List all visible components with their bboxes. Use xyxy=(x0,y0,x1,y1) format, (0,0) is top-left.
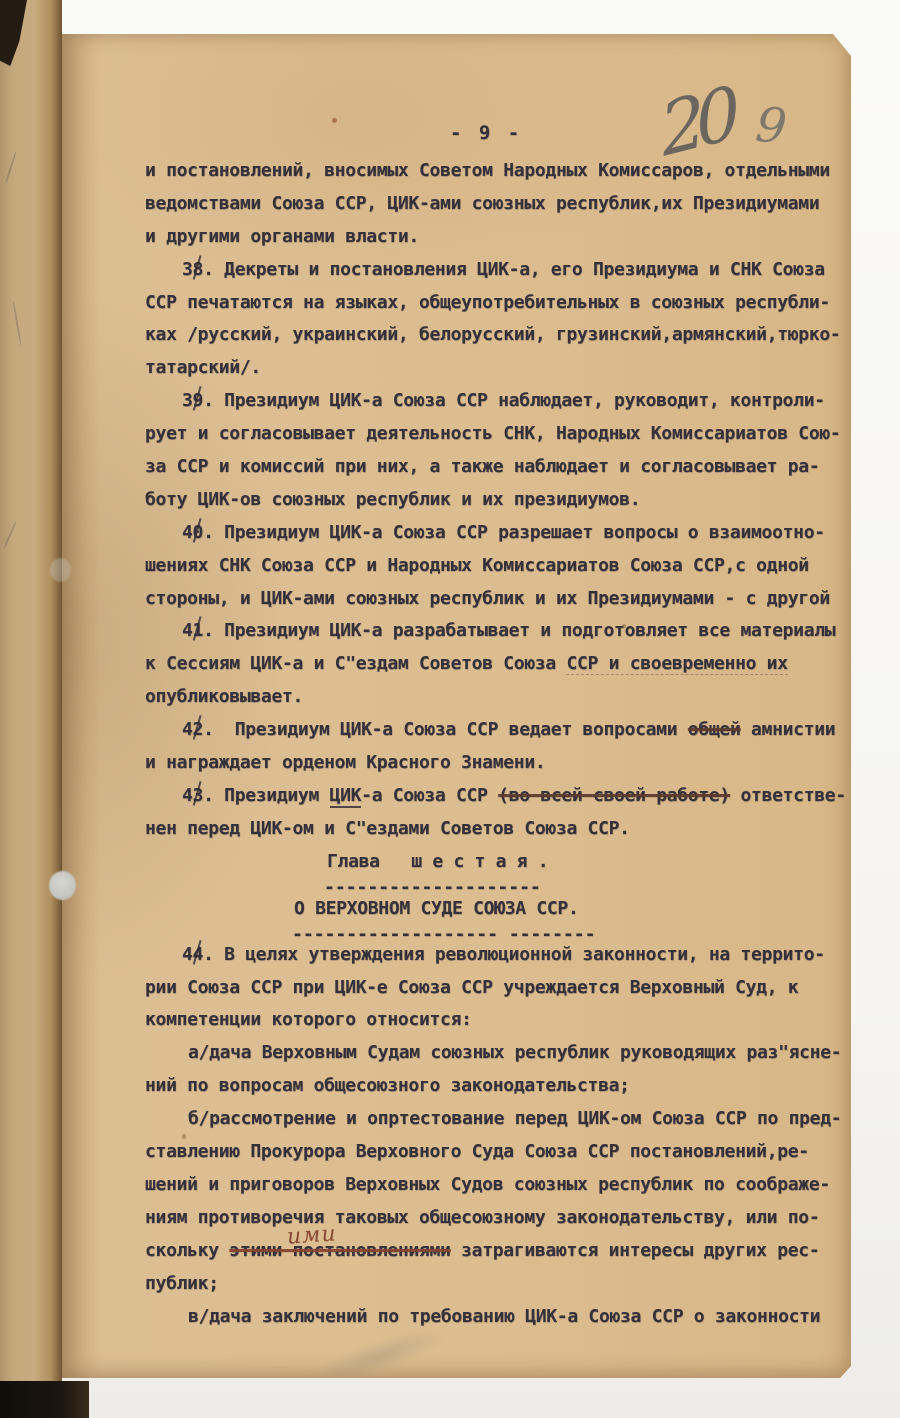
document-line: опубликовывает. xyxy=(62,686,851,719)
paper-speck xyxy=(332,118,337,123)
num-segment: 38. xyxy=(182,259,214,280)
document-line: 40. Президиум ЦИК-а Союза ССР разрешает … xyxy=(62,522,851,555)
ink-bleed-mark xyxy=(3,521,17,549)
text-segment: и награждает орденом Красного Знамени. xyxy=(145,752,545,773)
num-segment: 40. xyxy=(182,522,214,543)
document-line: скольку этими постановлениямиими затраги… xyxy=(62,1240,851,1273)
text-segment: О ВЕРХОВНОМ СУДЕ СОЮЗА ССР. xyxy=(294,898,579,919)
document-line: ниям противоречия таковых общесоюзному з… xyxy=(62,1207,851,1240)
text-segment: ответстве- xyxy=(730,785,846,806)
text-segment: в/дача заключений по требованию ЦИК-а Со… xyxy=(188,1306,820,1327)
text-segment: ниям противоречия таковых общесоюзному з… xyxy=(145,1207,819,1228)
text-segment: за ССР и комиссий при них, а также наблю… xyxy=(145,456,819,477)
text-segment: Президиум ЦИК-а разрабатывает и подготов… xyxy=(214,620,836,641)
handwritten-pencil-number-large: 20 xyxy=(657,71,735,173)
document-line: рует и согласовывает деятельность СНК, Н… xyxy=(62,423,851,456)
document-line: нен перед ЦИК-ом и С"ездами Советов Союз… xyxy=(62,818,851,851)
num-segment: 41. xyxy=(182,620,214,641)
document-line: ний по вопросам общесоюзного законодател… xyxy=(62,1075,851,1108)
document-line: ках /русский, украинский, белорусский, г… xyxy=(62,324,851,357)
document-line: шений и приговоров Верховных Судов союзн… xyxy=(62,1174,851,1207)
document-line: 43. Президиум ЦИК-а Союза ССР (во всей с… xyxy=(62,785,851,818)
document-line: О ВЕРХОВНОМ СУДЕ СОЮЗА ССР. xyxy=(62,898,851,924)
num-segment: 39. xyxy=(182,390,214,411)
document-line: боту ЦИК-ов союзных республик и их прези… xyxy=(62,489,851,522)
text-segment: ведомствами Союза ССР, ЦИК-ами союзных р… xyxy=(145,193,819,214)
document-page: 20 9 - 9 - и постановлений, вносимых Сов… xyxy=(62,34,851,1378)
text-segment: затрагиваются интересы других рес- xyxy=(451,1240,820,1261)
book-spine-block xyxy=(0,1381,89,1418)
document-line: рии Союза ССР при ЦИК-е Союза ССР учрежд… xyxy=(62,977,851,1010)
text-segment: амнистии xyxy=(740,719,835,740)
text-segment: боту ЦИК-ов союзных республик и их прези… xyxy=(145,489,640,510)
document-line: а/дача Верховным Судам союзных республик… xyxy=(62,1042,851,1075)
document-line: ------------------- -------- xyxy=(62,924,851,944)
document-line: татарский/. xyxy=(62,357,851,390)
text-segment: Президиум xyxy=(214,785,330,806)
text-segment: б/рассмотрение и опртестование перед ЦИК… xyxy=(188,1108,841,1129)
text-segment: компетенции которого относится: xyxy=(145,1009,472,1030)
paper-speck xyxy=(622,624,626,628)
previous-page-edge xyxy=(0,0,62,1398)
document-line: -------------------- xyxy=(62,877,851,898)
num-segment: 42. xyxy=(182,719,214,740)
handwritten-pencil-number-small: 9 xyxy=(753,97,789,156)
text-segment: нен перед ЦИК-ом и С"ездами Советов Союз… xyxy=(145,818,630,839)
text-segment: Глава ш е с т а я . xyxy=(327,851,548,872)
document-line: компетенции которого относится: xyxy=(62,1009,851,1042)
strike-red-segment: этими постановлениямиими xyxy=(229,1240,450,1261)
document-line: 41. Президиум ЦИК-а разрабатывает и подг… xyxy=(62,620,851,653)
text-segment: -а Союза ССР xyxy=(361,785,498,806)
text-segment: Декреты и постановления ЦИК-а, его Прези… xyxy=(214,259,825,280)
ink-bleed-mark xyxy=(5,151,17,184)
typewritten-text-block: и постановлений, вносимых Советом Народн… xyxy=(62,34,851,1338)
text-segment: шениях СНК Союза ССР и Народных Комиссар… xyxy=(145,555,809,576)
num-segment: 43. xyxy=(182,785,214,806)
document-line: и другими органами власти. xyxy=(62,226,851,259)
handwritten-insertion: ими xyxy=(286,1221,337,1249)
document-line: 39. Президиум ЦИК-а Союза ССР наблюдает,… xyxy=(62,390,851,423)
text-segment: к Сессиям ЦИК-а и С"ездам Советов Союза xyxy=(145,653,566,674)
text-segment: шений и приговоров Верховных Судов союзн… xyxy=(145,1174,830,1195)
text-segment: Президиум ЦИК-а Союза ССР разрешает вопр… xyxy=(214,522,825,543)
num-segment: 44. xyxy=(182,944,214,965)
text-segment: опубликовывает. xyxy=(145,686,303,707)
text-segment: В целях утверждения революционной законн… xyxy=(214,944,825,965)
ul-segment: ЦИК xyxy=(330,785,362,808)
hole-punch-faint xyxy=(50,558,71,582)
text-segment: ний по вопросам общесоюзного законодател… xyxy=(145,1075,630,1096)
document-line: 38. Декреты и постановления ЦИК-а, его П… xyxy=(62,259,851,292)
document-line: к Сессиям ЦИК-а и С"ездам Советов Союза … xyxy=(62,653,851,686)
document-line: ССР печатаются на языках, общеупотребите… xyxy=(62,292,851,325)
text-segment: Президиум ЦИК-а Союза ССР наблюдает, рук… xyxy=(214,390,825,411)
document-line: шениях СНК Союза ССР и Народных Комиссар… xyxy=(62,555,851,588)
document-line: ведомствами Союза ССР, ЦИК-ами союзных р… xyxy=(62,193,851,226)
ink-bleed-mark xyxy=(12,300,22,346)
document-line: б/рассмотрение и опртестование перед ЦИК… xyxy=(62,1108,851,1141)
document-line: 42. Президиум ЦИК-а Союза ССР ведает воп… xyxy=(62,719,851,752)
paper-speck xyxy=(702,334,705,337)
text-segment: скольку xyxy=(145,1240,229,1261)
document-line: за ССР и комиссий при них, а также наблю… xyxy=(62,456,851,489)
document-line: и награждает орденом Красного Знамени. xyxy=(62,752,851,785)
text-segment: стороны, и ЦИК-ами союзных республик и и… xyxy=(145,588,830,609)
text-segment: и другими органами власти. xyxy=(145,226,419,247)
strike-segment: (во всей своей работе) xyxy=(498,785,730,806)
text-segment: рии Союза ССР при ЦИК-е Союза ССР учрежд… xyxy=(145,977,798,998)
document-line: ставлению Прокурора Верховного Суда Союз… xyxy=(62,1141,851,1174)
scanned-document-screenshot: { "page": { "background_color": "#f5f4f0… xyxy=(0,0,900,1418)
document-line: стороны, и ЦИК-ами союзных республик и и… xyxy=(62,588,851,621)
document-line: и постановлений, вносимых Советом Народн… xyxy=(62,160,851,193)
text-segment: рует и согласовывает деятельность СНК, Н… xyxy=(145,423,840,444)
document-line: в/дача заключений по требованию ЦИК-а Со… xyxy=(62,1306,851,1339)
paper-speck xyxy=(182,1134,186,1139)
document-line: 44. В целях утверждения революционной за… xyxy=(62,944,851,977)
hole-punch xyxy=(49,871,76,900)
text-segment: ках /русский, украинский, белорусский, г… xyxy=(145,324,840,345)
text-segment: -------------------- xyxy=(324,877,541,898)
text-segment: а/дача Верховным Судам союзных республик… xyxy=(188,1042,841,1063)
text-segment: ставлению Прокурора Верховного Суда Союз… xyxy=(145,1141,809,1162)
text-segment: Президиум ЦИК-а Союза ССР ведает вопроса… xyxy=(214,719,688,740)
strike-segment: общей xyxy=(688,719,741,740)
fu-segment: ССР и своевременно их xyxy=(566,653,787,675)
document-line: публик; xyxy=(62,1273,851,1306)
text-segment: публик; xyxy=(145,1273,219,1294)
text-segment: татарский/. xyxy=(145,357,261,378)
document-line: Глава ш е с т а я . xyxy=(62,851,851,877)
text-segment: и постановлений, вносимых Советом Народн… xyxy=(145,160,830,181)
text-segment: ------------------- -------- xyxy=(292,924,595,945)
text-segment: ССР печатаются на языках, общеупотребите… xyxy=(145,292,830,313)
